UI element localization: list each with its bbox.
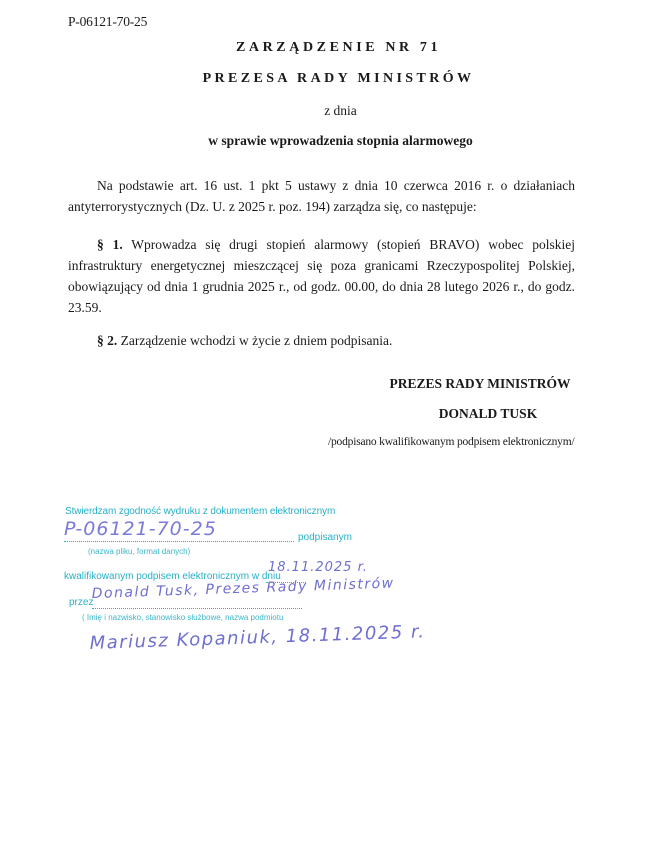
file-name-dotted-line bbox=[64, 541, 294, 542]
signed-label: podpisanym bbox=[298, 532, 352, 543]
by-label: przez bbox=[69, 597, 93, 608]
stamp-header: Stwierdzam zgodność wydruku z dokumentem… bbox=[65, 506, 335, 517]
section-2-mark: § 2. bbox=[97, 333, 117, 348]
preamble-line: antyterrorystycznych (Dz. U. z 2025 r. p… bbox=[68, 196, 575, 217]
document-title: ZARZĄDZENIE NR 71 bbox=[0, 40, 657, 56]
section-1-paragraph: § 1. Wprowadza się drugi stopień alarmow… bbox=[68, 234, 575, 318]
signer-role: PREZES RADY MINISTRÓW bbox=[330, 376, 630, 392]
file-name-caption: (nazwa pliku, format danych) bbox=[88, 547, 190, 556]
section-2-line: § 2. Zarządzenie wchodzi w życie z dniem… bbox=[68, 330, 575, 351]
section-2-text: Zarządzenie wchodzi w życie z dniem podp… bbox=[117, 333, 392, 348]
section-2-paragraph: § 2. Zarządzenie wchodzi w życie z dniem… bbox=[68, 330, 575, 351]
section-1-mark: § 1. bbox=[97, 237, 123, 252]
handwritten-date: 18.11.2025 r. bbox=[268, 560, 368, 575]
handwritten-file-name: P-06121-70-25 bbox=[64, 518, 217, 540]
signer-name: DONALD TUSK bbox=[338, 406, 638, 422]
document-page: P-06121-70-25 ZARZĄDZENIE NR 71 PREZESA … bbox=[0, 0, 657, 859]
section-1-line: obowiązujący od dnia 1 grudnia 2025 r., … bbox=[68, 276, 575, 297]
issuing-authority: PREZESA RADY MINISTRÓW bbox=[0, 71, 657, 87]
certifier-handwritten-signature: Mariusz Kopaniuk, 18.11.2025 r. bbox=[89, 621, 426, 654]
section-1-line: infrastruktury energetycznej mieszczącej… bbox=[68, 255, 575, 276]
document-id: P-06121-70-25 bbox=[68, 14, 147, 30]
preamble-line: Na podstawie art. 16 ust. 1 pkt 5 ustawy… bbox=[68, 175, 575, 196]
preamble-paragraph: Na podstawie art. 16 ust. 1 pkt 5 ustawy… bbox=[68, 175, 575, 217]
electronic-signature-note: /podpisano kwalifikowanym podpisem elekt… bbox=[328, 436, 574, 448]
section-1-line: 23.59. bbox=[68, 297, 575, 318]
section-1-text: Wprowadza się drugi stopień alarmowy (st… bbox=[123, 237, 575, 252]
section-1-line: § 1. Wprowadza się drugi stopień alarmow… bbox=[68, 234, 575, 255]
signer-dotted-line bbox=[92, 608, 302, 609]
document-subject: w sprawie wprowadzenia stopnia alarmoweg… bbox=[0, 133, 657, 149]
date-line: z dnia bbox=[0, 103, 657, 119]
signer-caption: ( Imię i nazwisko, stanowisko służbowe, … bbox=[82, 613, 283, 622]
